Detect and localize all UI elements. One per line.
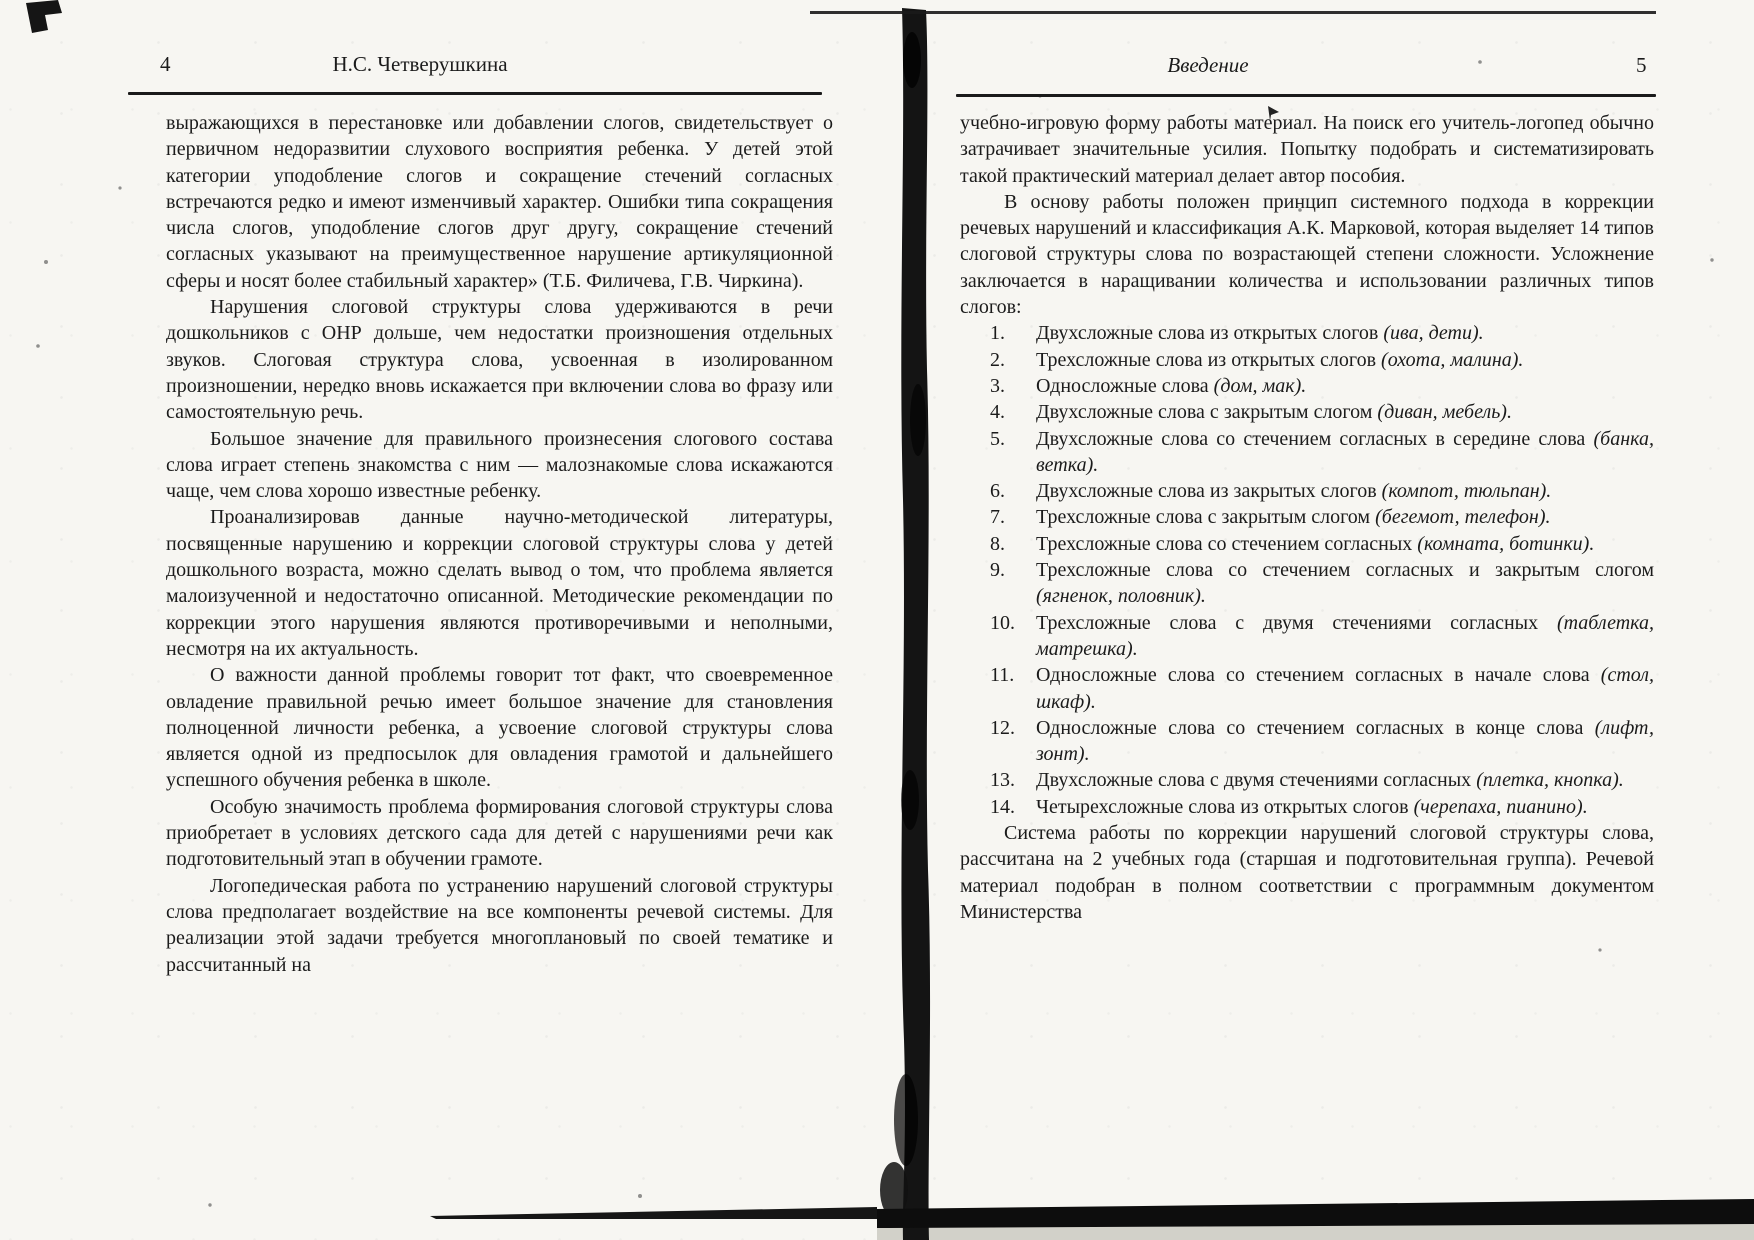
paragraph: Система работы по коррекции нарушений сл… [960,820,1654,925]
list-item-number: 12. [990,715,1015,741]
paragraph: Логопедическая работа по устранению нару… [166,873,833,978]
list-item-number: 10. [990,610,1015,636]
list-item-examples: (диван, мебель). [1377,401,1512,423]
list-item-examples: (компот, тюльпан). [1382,480,1552,502]
list-item-text: Трехсложные слова с двумя стечениями сог… [1036,612,1654,660]
list-item-examples: (таблетка, матрешка). [1036,612,1654,660]
paragraph: В основу работы положен принцип системно… [960,189,1654,320]
list-item-text: Четырехсложные слова из открытых слогов … [1036,796,1588,818]
list-item: 9.Трехсложные слова со стечением согласн… [960,557,1654,610]
list-item-examples: (бегемот, телефон). [1375,506,1550,528]
list-item-text: Односложные слова (дом, мак). [1036,375,1306,397]
running-header-left: Н.С. Четверушкина [300,52,540,77]
paragraph: Особую значимость проблема формирования … [166,794,833,873]
list-item: 2.Трехсложные слова из открытых слогов (… [960,347,1654,373]
list-item-examples: (плетка, кнопка). [1476,769,1624,791]
list-item-number: 2. [990,347,1005,373]
list-item-number: 8. [990,531,1005,557]
paragraph: О важности данной проблемы говорит тот ф… [166,662,833,793]
running-header-right: Введение [1088,53,1328,78]
list-item-examples: (банка, ветка). [1036,428,1654,476]
right-paragraphs-top: учебно-игровую форму работы материал. На… [960,110,1654,320]
list-item-examples: (стол, шкаф). [1036,664,1654,712]
list-item-text: Трехсложные слова со стечением согласных… [1036,559,1654,607]
list-item-text: Двухсложные слова из открытых слогов (ив… [1036,322,1484,344]
list-item: 3.Односложные слова (дом, мак). [960,373,1654,399]
page-number-left: 4 [160,52,171,77]
list-item-number: 14. [990,794,1015,820]
list-item-number: 3. [990,373,1005,399]
list-item: 10.Трехсложные слова с двумя стечениями … [960,610,1654,663]
paragraph: Проанализировав данные научно-методическ… [166,504,833,662]
list-item-text: Двухсложные слова с двумя стечениями сог… [1036,769,1624,791]
list-item-examples: (комната, ботинки). [1417,533,1594,555]
list-item-text: Двухсложные слова из закрытых слогов (ко… [1036,480,1551,502]
list-item: 7.Трехсложные слова с закрытым слогом (б… [960,504,1654,530]
list-item-number: 6. [990,478,1005,504]
header-rule-left [128,92,822,95]
list-item-examples: (черепаха, пианино). [1414,796,1588,818]
corner-mark [26,0,62,33]
syllable-types-list: 1.Двухсложные слова из открытых слогов (… [960,320,1654,820]
list-item-text: Односложные слова со стечением согласных… [1036,664,1654,712]
list-item: 14.Четырехсложные слова из открытых слог… [960,794,1654,820]
list-item-number: 4. [990,399,1005,425]
list-item: 4.Двухсложные слова с закрытым слогом (д… [960,399,1654,425]
list-item-examples: (дом, мак). [1214,375,1307,397]
list-item-examples: (охота, малина). [1381,349,1523,371]
list-item: 5.Двухсложные слова со стечением согласн… [960,426,1654,479]
bottom-left-scratch [430,1207,877,1219]
list-item-text: Трехсложные слова из открытых слогов (ох… [1036,349,1523,371]
book-spread-scan: 4 Н.С. Четверушкина выражающихся в перес… [0,0,1754,1240]
list-item: 12.Односложные слова со стечением соглас… [960,715,1654,768]
bottom-right-band [877,1199,1754,1228]
list-item-number: 11. [990,662,1014,688]
right-paragraphs-bottom: Система работы по коррекции нарушений сл… [960,820,1654,925]
page-body-left: выражающихся в перестановке или добавлен… [166,110,833,978]
list-item-number: 7. [990,504,1005,530]
list-item: 11.Односложные слова со стечением соглас… [960,662,1654,715]
paragraph: выражающихся в перестановке или добавлен… [166,110,833,294]
list-item-text: Односложные слова со стечением согласных… [1036,717,1654,765]
list-item-text: Трехсложные слова с закрытым слогом (бег… [1036,506,1551,528]
list-item-text: Двухсложные слова со стечением согласных… [1036,428,1654,476]
list-item-text: Трехсложные слова со стечением согласных… [1036,533,1594,555]
page-number-right: 5 [1636,53,1647,78]
list-item-examples: (ива, дети). [1383,322,1483,344]
list-item-number: 13. [990,767,1015,793]
page-body-right: учебно-игровую форму работы материал. На… [960,110,1654,925]
list-item-number: 5. [990,426,1005,452]
list-item-number: 9. [990,557,1005,583]
top-edge-line [810,11,1656,14]
list-item: 8.Трехсложные слова со стечением согласн… [960,531,1654,557]
list-item: 6.Двухсложные слова из закрытых слогов (… [960,478,1654,504]
list-item: 1.Двухсложные слова из открытых слогов (… [960,320,1654,346]
binding-gutter-shadow [901,8,930,1240]
paragraph: Большое значение для правильного произне… [166,426,833,505]
list-item-number: 1. [990,320,1005,346]
paragraph: учебно-игровую форму работы материал. На… [960,110,1654,189]
header-rule-right [956,94,1656,97]
paragraph: Нарушения слоговой структуры слова удерж… [166,294,833,425]
list-item-examples: (ягненок, половник). [1036,585,1206,607]
list-item: 13.Двухсложные слова с двумя стечениями … [960,767,1654,793]
list-item-text: Двухсложные слова с закрытым слогом (див… [1036,401,1512,423]
list-item-examples: (лифт, зонт). [1036,717,1654,765]
